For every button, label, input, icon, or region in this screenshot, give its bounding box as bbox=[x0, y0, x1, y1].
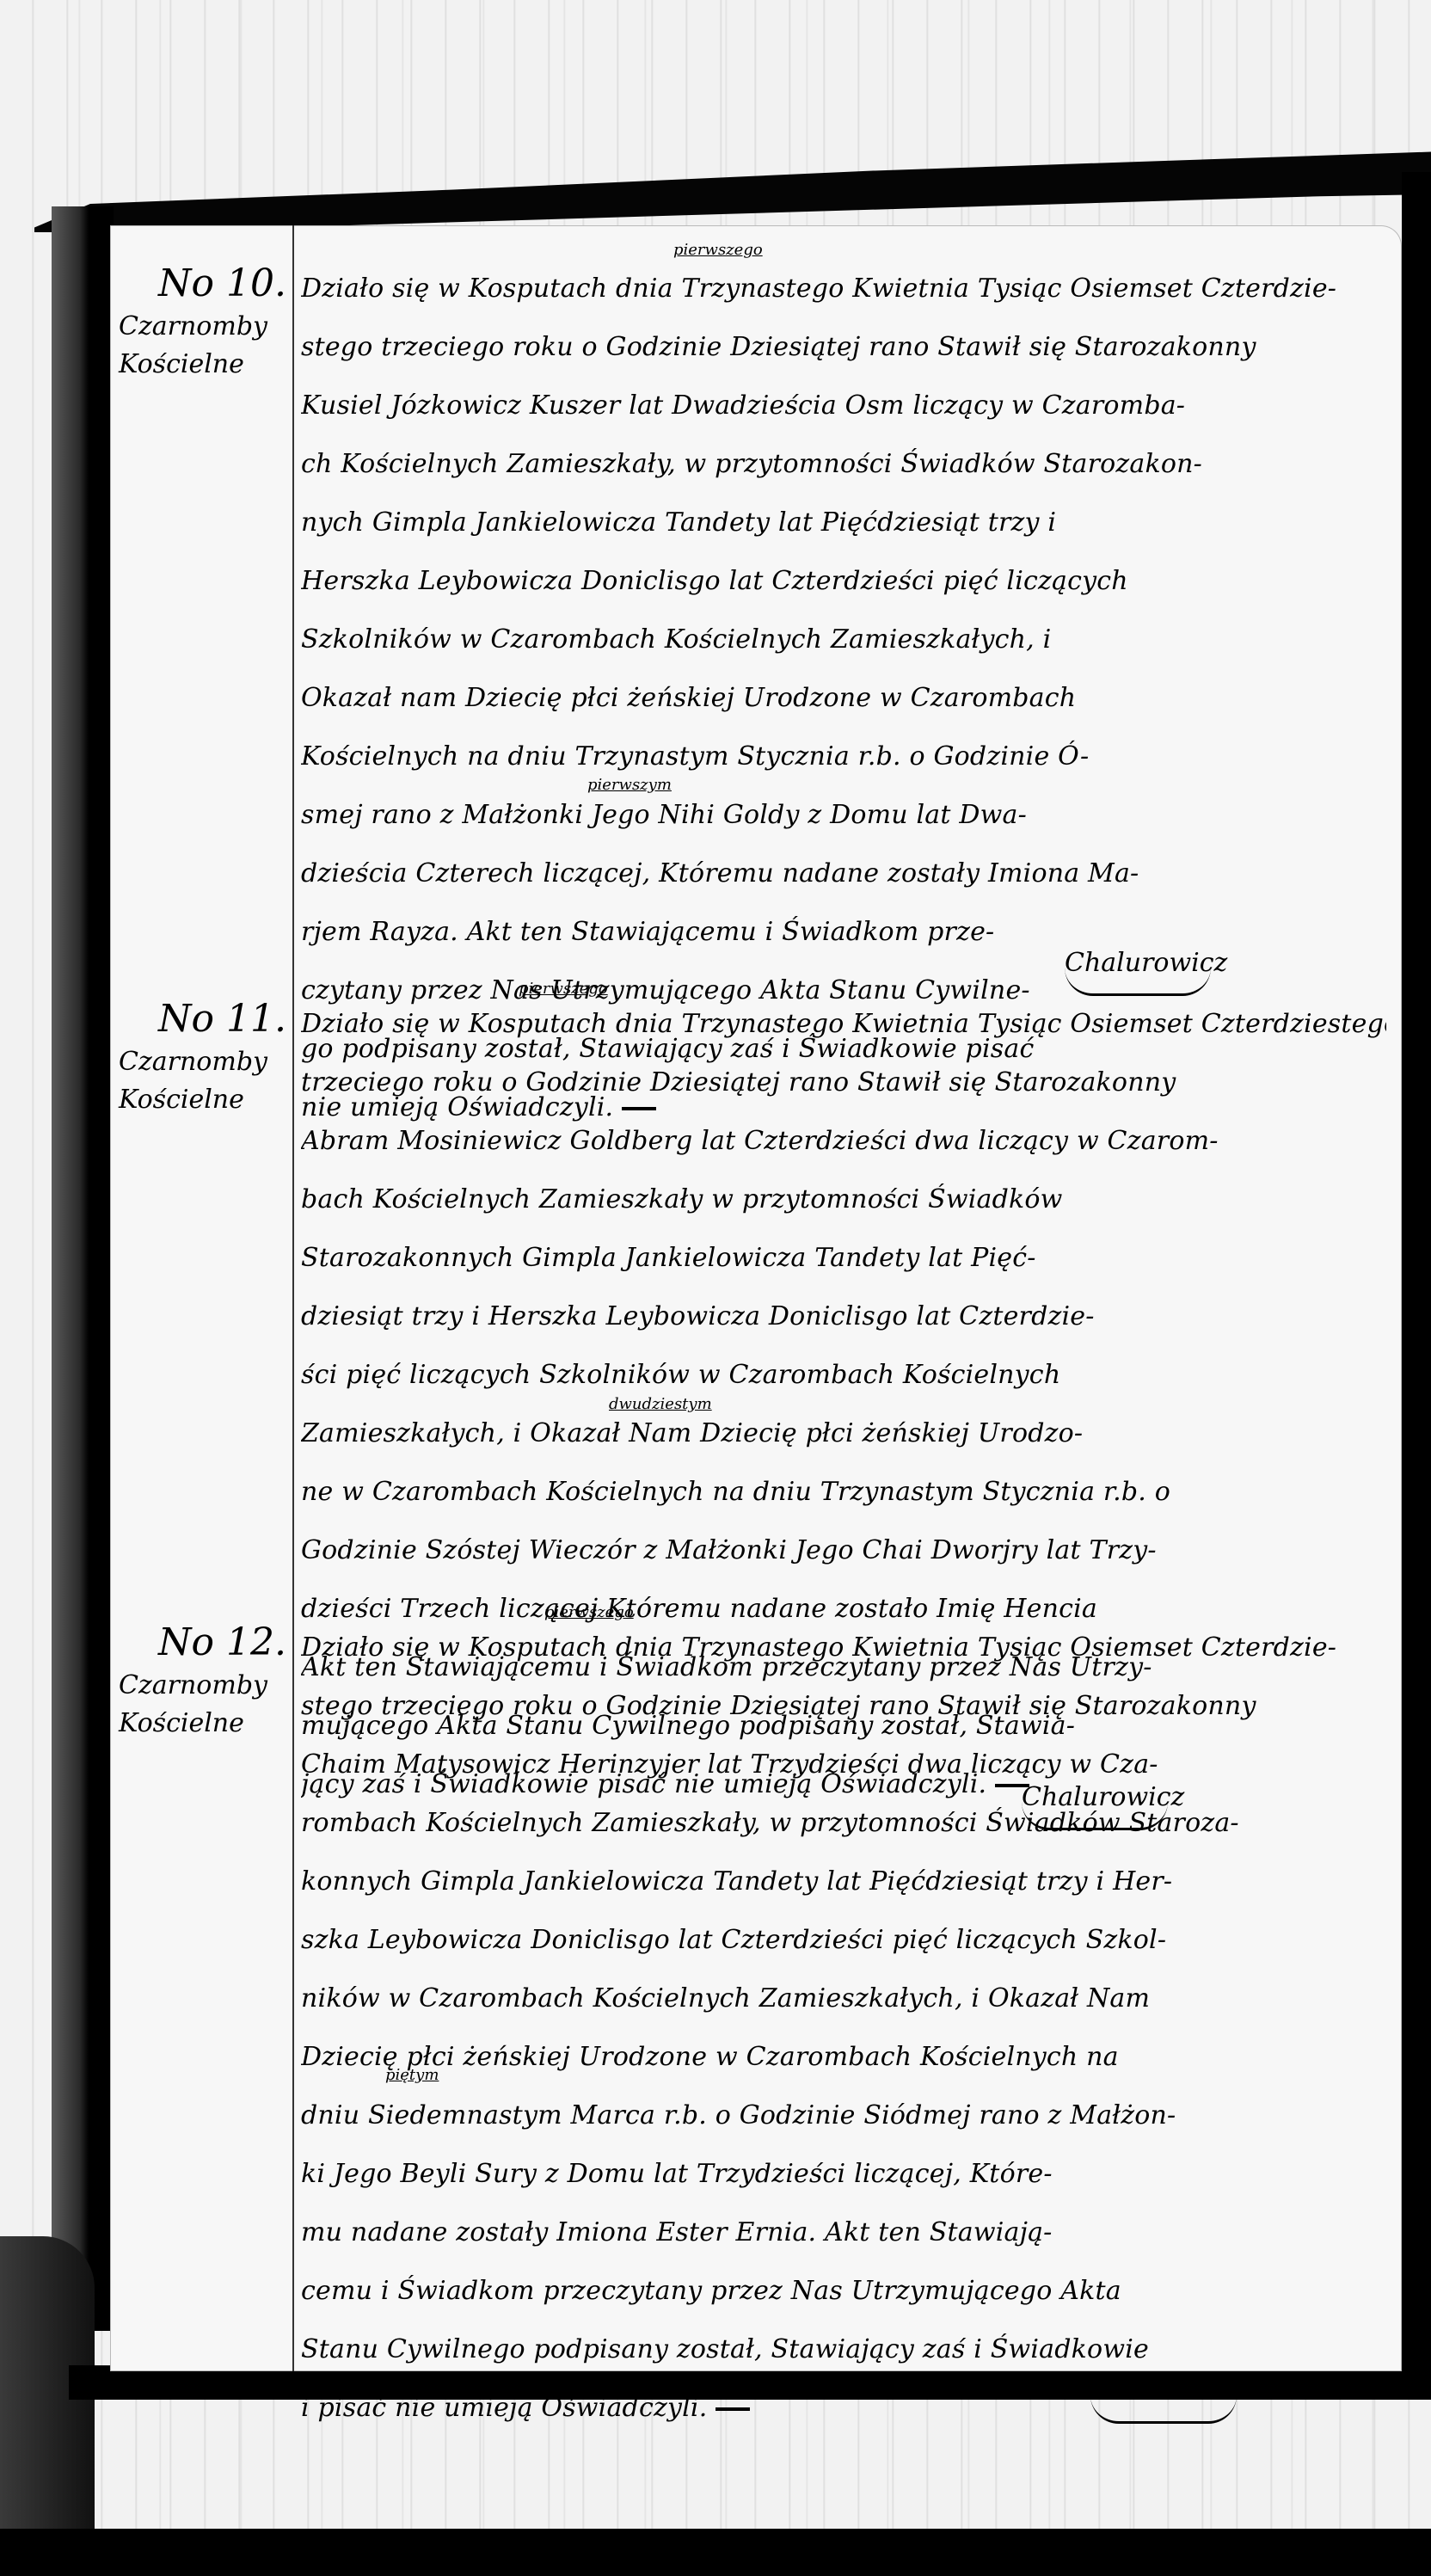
binding-shadow-left bbox=[52, 206, 114, 2331]
entry-number: No 11. bbox=[119, 995, 291, 1043]
entry-margin: No 12. Czarnomby Kościelne bbox=[119, 1619, 291, 1743]
text-line: Kusiel Józkowicz Kuszer lat Dwadzieścia … bbox=[301, 377, 1386, 435]
text-line-final: i pisać nie umieją Oświadczyli. bbox=[301, 2393, 707, 2423]
text-line: ści pięć liczących Szkolników w Czaromba… bbox=[301, 1346, 1386, 1405]
entry-margin: No 10. Czarnomby Kościelne bbox=[119, 260, 291, 384]
entry-place-line-1: Czarnomby bbox=[119, 1043, 291, 1081]
interlinear-correction: pierwszego bbox=[673, 241, 763, 259]
closing-dash bbox=[715, 2407, 750, 2411]
official-signature: Chalurowicz bbox=[1090, 2376, 1253, 2424]
text-line: rombach Kościelnych Zamieszkały, w przyt… bbox=[301, 1794, 1386, 1853]
text-line: szka Leybowicza Doniclisgo lat Czterdzie… bbox=[301, 1911, 1386, 1970]
entry-place-line-2: Kościelne bbox=[119, 1081, 291, 1119]
text-line: bach Kościelnych Zamieszkały w przytomno… bbox=[301, 1171, 1386, 1229]
text-line: mu nadane zostały Imiona Ester Ernia. Ak… bbox=[301, 2204, 1386, 2262]
text-line: ników w Czarombach Kościelnych Zamieszka… bbox=[301, 1970, 1386, 2028]
entry-place-line-1: Czarnomby bbox=[119, 1667, 291, 1705]
text-line: Abram Mosiniewicz Goldberg lat Czterdzie… bbox=[301, 1112, 1386, 1171]
entry-place-line-2: Kościelne bbox=[119, 346, 291, 384]
official-signature: Chalurowicz bbox=[1065, 948, 1227, 996]
scan-bottom-border bbox=[0, 2529, 1431, 2576]
text-line: smej rano z Małżonki Jego Nihi Goldy z D… bbox=[301, 786, 1386, 845]
text-line: stego trzeciego roku o Godzinie Dziesiąt… bbox=[301, 318, 1386, 377]
text-line: ch Kościelnych Zamieszkały, w przytomnoś… bbox=[301, 435, 1386, 494]
entry-body: Działo się w Kosputach dnia Trzynastego … bbox=[301, 1619, 1386, 2438]
text-line: Herszka Leybowicza Doniclisgo lat Czterd… bbox=[301, 552, 1386, 611]
text-line: Zamieszkałych, i Okazał Nam Dziecię płci… bbox=[301, 1405, 1386, 1463]
text-line: Okazał nam Dziecię płci żeńskiej Urodzon… bbox=[301, 669, 1386, 728]
text-line: Stanu Cywilnego podpisany został, Stawia… bbox=[301, 2321, 1386, 2379]
entry-place-line-1: Czarnomby bbox=[119, 308, 291, 346]
text-line: stego trzeciego roku o Godzinie Dziesiąt… bbox=[301, 1677, 1386, 1736]
text-line: Chaim Matysowicz Herinzyjer lat Trzydzie… bbox=[301, 1736, 1386, 1794]
margin-rule bbox=[292, 225, 294, 2371]
signature-name: Chalurowicz bbox=[1065, 948, 1227, 978]
text-line: ki Jego Beyli Sury z Domu lat Trzydzieśc… bbox=[301, 2145, 1386, 2204]
text-line: Działo się w Kosputach dnia Trzynastego … bbox=[301, 260, 1386, 318]
page-edge-right bbox=[1402, 172, 1431, 2374]
entry-number: No 10. bbox=[119, 260, 291, 308]
entry-number: No 12. bbox=[119, 1619, 291, 1667]
entry-margin: No 11. Czarnomby Kościelne bbox=[119, 995, 291, 1119]
text-line: dniu Siedemnastym Marca r.b. o Godzinie … bbox=[301, 2087, 1386, 2145]
signature-name: Chalurowicz bbox=[1090, 2376, 1253, 2406]
text-line: dzieścia Czterech liczącej, Któremu nada… bbox=[301, 845, 1386, 903]
text-line: Godzinie Szóstej Wieczór z Małżonki Jego… bbox=[301, 1522, 1386, 1580]
entry-place-line-2: Kościelne bbox=[119, 1705, 291, 1743]
text-line: Starozakonnych Gimpla Jankielowicza Tand… bbox=[301, 1229, 1386, 1288]
text-line: Działo się w Kosputach dnia Trzynastego … bbox=[301, 995, 1386, 1054]
text-line: ne w Czarombach Kościelnych na dniu Trzy… bbox=[301, 1463, 1386, 1522]
text-line: Działo się w Kosputach dnia Trzynastego … bbox=[301, 1619, 1386, 1677]
register-page: No 10. Czarnomby Kościelne pierwszego pi… bbox=[110, 225, 1402, 2371]
text-line: Szkolników w Czarombach Kościelnych Zami… bbox=[301, 611, 1386, 669]
text-line: cemu i Świadkom przeczytany przez Nas Ut… bbox=[301, 2262, 1386, 2321]
text-line: Kościelnych na dniu Trzynastym Stycznia … bbox=[301, 728, 1386, 786]
text-line: konnych Gimpla Jankielowicza Tandety lat… bbox=[301, 1853, 1386, 1911]
text-line: Dziecię płci żeńskiej Urodzone w Czaromb… bbox=[301, 2028, 1386, 2087]
text-line: dziesiąt trzy i Herszka Leybowicza Donic… bbox=[301, 1288, 1386, 1346]
text-line: nych Gimpla Jankielowicza Tandety lat Pi… bbox=[301, 494, 1386, 552]
text-line: trzeciego roku o Godzinie Dziesiątej ran… bbox=[301, 1054, 1386, 1112]
